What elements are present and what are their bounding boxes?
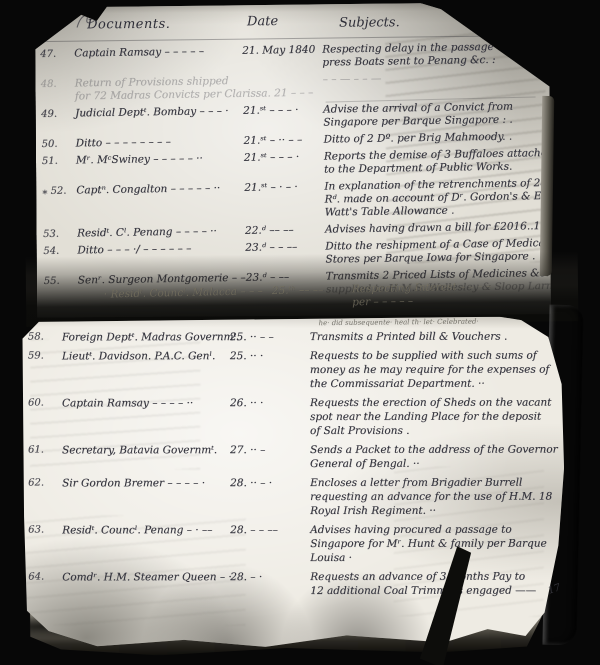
handwritten-line: 28. – · [230, 570, 310, 584]
handwritten-line: 22.ᵈ –– –– [245, 224, 325, 238]
handwritten-line: Lieutᵗ. Davidson. P.A.C. Genˡ. [62, 349, 230, 363]
handwritten-line: Requests an advance of 3 months Pay to [310, 570, 570, 584]
entry-subject: Advises having drawn a bill for £2016..1… [325, 220, 557, 237]
handwritten-line: 58. [28, 330, 62, 344]
entry-no: 61. [28, 443, 62, 457]
entry-subject: Encloses a letter from Brigadier Burrell… [310, 476, 570, 518]
register-page-bottom: he· did subsequente· heal th· let· Celeb… [21, 315, 564, 653]
handwritten-line: Singapore per Barque Singapore : . [323, 113, 555, 130]
handwritten-line: 25. ·· · [230, 349, 310, 363]
handwritten-line: Royal Irish Regiment. ·· [310, 504, 570, 518]
entry-no: ⁎ 52. [42, 184, 76, 198]
entry-subject: Sends a Packet to the address of the Gov… [310, 443, 570, 471]
entry-document: Lieutᵗ. Davidson. P.A.C. Genˡ. [62, 349, 230, 363]
entry-date: 28. – – –– [230, 523, 310, 537]
entry-no: 49. [41, 107, 75, 121]
handwritten-line: Residᵗ. Councˡ. Penang – · –– [62, 523, 230, 537]
entry-date: 25.ᵗʰ –– –– [272, 283, 352, 298]
entry-subject: Advise the arrival of a Convict fromSing… [323, 100, 555, 130]
entry-date: 22.ᵈ –– –– [245, 224, 325, 238]
header-documents: Documents. [87, 17, 170, 33]
entry-subject: Requests to be supplied with such sums o… [310, 349, 570, 391]
entry-subject: Transmits a Printed bill & Vouchers . [310, 330, 570, 344]
scanned-register-photo: № Documents. Date Subjects. 47.Captain R… [0, 0, 600, 665]
handwritten-line: to the Department of Public Works. [324, 160, 556, 177]
handwritten-line: Requests to be supplied with such sums o… [310, 349, 570, 363]
handwritten-line: Encloses a letter from Brigadier Burrell [310, 476, 570, 490]
header-date: Date [247, 14, 278, 29]
entry-date: 25. ·· · [230, 349, 310, 363]
entry-subject: In explanation of the retrenchments of 2… [324, 177, 557, 220]
entry-no: 51. [42, 154, 76, 168]
entry-date: 28. ·· – · [230, 476, 310, 490]
entry-document: Foreign Deptᵗ. Madras Governmᵗ. [62, 330, 230, 344]
entry-subject: Respecting delay in the passage of the E… [322, 40, 554, 70]
handwritten-line [243, 74, 323, 75]
handwritten-line: Captain Ramsay – – – – ·· [62, 396, 230, 410]
handwritten-line: 51. [42, 154, 76, 168]
entries-bottom: 58.Foreign Deptᵗ. Madras Governmᵗ.25. ··… [28, 330, 570, 604]
handwritten-line: money as he may require for the expenses… [310, 363, 570, 377]
handwritten-line: 25. ·· – – [230, 330, 310, 344]
entry-date: 28. – · [230, 570, 310, 584]
entries-in-fold: · Residᵗ. Councˡ. Malacca – – –25.ᵗʰ –– … [70, 278, 600, 316]
register-row: · Residᵗ. Councˡ. Malacca – – –25.ᵗʰ –– … [70, 278, 600, 316]
entry-no [70, 289, 104, 290]
register-row: ⁎ 52.Captⁿ. Congalton – – – – – ··21.ˢᵗ … [42, 177, 557, 224]
entry-no: 50. [42, 137, 76, 151]
handwritten-line: Sends a Packet to the address of the Gov… [310, 443, 570, 457]
handwritten-line: Judicial Deptᵗ. Bombay – – – · [75, 105, 243, 121]
handwritten-line: Mʳ. MᶜSwiney – – – – – ·· [76, 152, 244, 168]
handwritten-line: Requests the erection of Sheds on the va… [310, 396, 570, 410]
header-no: № [43, 24, 52, 34]
entry-subject: Advises having procured a passage toSing… [310, 523, 570, 565]
entry-no: 48. [41, 77, 75, 91]
entry-date: 21.ˢᵗ – – – · [244, 151, 324, 165]
book-fold-shadow: · Residᵗ. Councˡ. Malacca – – –25.ᵗʰ –– … [26, 251, 579, 327]
handwritten-line: 49. [41, 107, 75, 121]
handwritten-line: 62. [28, 476, 62, 490]
register-row: 58.Foreign Deptᵗ. Madras Governmᵗ.25. ··… [28, 330, 570, 345]
entry-document: Captain Ramsay – – – – – [74, 45, 242, 61]
entry-date: 26. ·· · [230, 396, 310, 410]
handwritten-line: Watt's Table Allowance . [325, 203, 557, 220]
handwritten-line: spot near the Landing Place for the depo… [310, 410, 570, 424]
handwritten-line: Foreign Deptᵗ. Madras Governmᵗ. [62, 330, 230, 344]
entry-no: 59. [28, 349, 62, 363]
register-row: 49.Judicial Deptᵗ. Bombay – – – ·21.ˢᵗ –… [41, 100, 555, 134]
handwritten-line: 61. [28, 443, 62, 457]
handwritten-line: Louisa · [310, 551, 570, 565]
handwritten-line: – – — – – — [323, 70, 555, 87]
entry-document: Captⁿ. Congalton – – – – – ·· [76, 182, 244, 198]
entry-document: Residᵗ. Councˡ. Penang – · –– [62, 523, 230, 537]
register-row: 60.Captain Ramsay – – – – ··26. ·· ·Requ… [28, 396, 570, 439]
handwritten-line: Advises having drawn a bill for £2016..1… [325, 220, 557, 237]
handwritten-line: 21.ˢᵗ – – – · [244, 151, 324, 165]
entry-document: Comdʳ. H.M. Steamer Queen – · [62, 570, 230, 584]
handwritten-line: 21. May 1840 [242, 44, 322, 58]
handwritten-line [70, 289, 104, 290]
handwritten-line: Singapore for Mʳ. Hunt & family per Barq… [310, 537, 570, 551]
handwritten-line: 27. ·· – [230, 443, 310, 457]
entry-document: Sir Gordon Bremer – – – – · [62, 476, 230, 490]
register-row: 47.Captain Ramsay – – – – –21. May 1840R… [40, 40, 554, 74]
handwritten-line: Residᵗ. Cˡ. Penang – – – – ·· [77, 225, 245, 241]
handwritten-line: 64. [28, 570, 62, 584]
faint-bleed-text: he· did subsequente· heal th· let· Celeb… [319, 318, 479, 328]
entry-document: Return of Provisions shippedfor 72 Madra… [75, 75, 243, 104]
handwritten-line: ⁎ 52. [42, 184, 76, 198]
entry-no: 62. [28, 476, 62, 490]
entry-date: 21. May 1840 [242, 44, 322, 58]
register-row: 64.Comdʳ. H.M. Steamer Queen – ·28. – ·R… [28, 570, 570, 599]
entry-date: 21.ˢᵗ – – – · [243, 104, 323, 118]
handwritten-line: 48. [41, 77, 75, 91]
handwritten-line: 53. [43, 227, 77, 241]
entry-subject: Requests the erection of Sheds on the va… [310, 396, 570, 438]
entry-no: 60. [28, 396, 62, 410]
handwritten-line: Captain Ramsay – – – – – [74, 45, 242, 61]
handwritten-line: Sir Gordon Bremer – – – – · [62, 476, 230, 490]
entry-document: Ditto – – – – – – – – [76, 135, 244, 151]
entry-no: 53. [43, 227, 77, 241]
entry-no: 58. [28, 330, 62, 344]
entry-subject: Requests an advance of 3 months Pay to12… [310, 570, 570, 598]
handwritten-line: 12 additional Coal Trimmers engaged —— [310, 584, 570, 598]
entry-document: Mʳ. MᶜSwiney – – – – – ·· [76, 152, 244, 168]
handwritten-line: 21.ˢᵗ – – – · [243, 104, 323, 118]
entry-date: 23.ᵈ – – –– [245, 241, 325, 255]
handwritten-line: Ditto – – – – – – – – [76, 135, 244, 151]
page-edge-top [540, 96, 555, 276]
handwritten-line: Secretary, Batavia Governmᵗ. [62, 443, 230, 457]
handwritten-line: the Commissariat Department. ·· [310, 377, 570, 391]
register-row: 61.Secretary, Batavia Governmᵗ.27. ·· –S… [28, 443, 570, 472]
header-subjects: Subjects. [339, 15, 400, 30]
handwritten-line: Ditto of 2 Dº. per Brig Mahmoody. . [323, 130, 555, 147]
handwritten-line: 28. ·· – · [230, 476, 310, 490]
register-row: 51.Mʳ. MᶜSwiney – – – – – ··21.ˢᵗ – – – … [42, 147, 556, 181]
entry-subject: – – — – – — [323, 70, 555, 87]
handwritten-line: 28. – – –– [230, 523, 310, 537]
handwritten-line: 59. [28, 349, 62, 363]
entry-document: Captain Ramsay – – – – ·· [62, 396, 230, 410]
entry-date: 21.ˢᵗ – ·· – – [243, 134, 323, 148]
handwritten-line: 21.ˢᵗ – ·· – – [243, 134, 323, 148]
handwritten-line: Captⁿ. Congalton – – – – – ·· [76, 182, 244, 198]
register-row: 62.Sir Gordon Bremer – – – – ·28. ·· – ·… [28, 476, 570, 519]
handwritten-line: 63. [28, 523, 62, 537]
handwritten-line: 26. ·· · [230, 396, 310, 410]
handwritten-line: · Residᵗ. Councˡ. Malacca – – – [104, 285, 272, 302]
handwritten-line: Transmits a Printed bill & Vouchers . [310, 330, 570, 344]
entry-date: 27. ·· – [230, 443, 310, 457]
handwritten-line: 50. [42, 137, 76, 151]
handwritten-line: Comdʳ. H.M. Steamer Queen – · [62, 570, 230, 584]
register-row: 48.Return of Provisions shippedfor 72 Ma… [41, 70, 555, 104]
handwritten-line: requesting an advance for the use of H.M… [310, 490, 570, 504]
handwritten-line: 25.ᵗʰ –– –– [272, 283, 352, 298]
handwritten-line: 47. [40, 47, 74, 61]
register-row: 59.Lieutᵗ. Davidson. P.A.C. Genˡ.25. ·· … [28, 349, 570, 392]
handwritten-line: 23.ᵈ – – –– [245, 241, 325, 255]
entry-date: 25. ·· – – [230, 330, 310, 344]
handwritten-line: of Salt Provisions . [310, 424, 570, 438]
handwritten-line: Advises having procured a passage to [310, 523, 570, 537]
entry-subject: Ditto of 2 Dº. per Brig Mahmoody. . [323, 130, 555, 147]
entry-document: · Residᵗ. Councˡ. Malacca – – – [104, 285, 272, 302]
register-row: 63.Residᵗ. Councˡ. Penang – · ––28. – – … [28, 523, 570, 566]
entry-date: 21.ˢᵗ – · – · [244, 181, 324, 195]
entry-no: 63. [28, 523, 62, 537]
entry-document: Judicial Deptᵗ. Bombay – – – · [75, 105, 243, 121]
handwritten-line: for 72 Madras Convicts per Clarissa. 21 … [75, 88, 243, 104]
entry-no: 64. [28, 570, 62, 584]
entry-document: Secretary, Batavia Governmᵗ. [62, 443, 230, 457]
entry-subject: Reports the demise of 3 Buffaloes attach… [324, 147, 556, 177]
handwritten-line: 60. [28, 396, 62, 410]
handwritten-line: press Boats sent to Penang &c. : [322, 53, 554, 70]
entry-date [243, 74, 323, 75]
entry-document: Residᵗ. Cˡ. Penang – – – – ·· [77, 225, 245, 241]
entry-no: 47. [40, 47, 74, 61]
handwritten-line: 21.ˢᵗ – · – · [244, 181, 324, 195]
handwritten-line: General of Bengal. ·· [310, 457, 570, 471]
